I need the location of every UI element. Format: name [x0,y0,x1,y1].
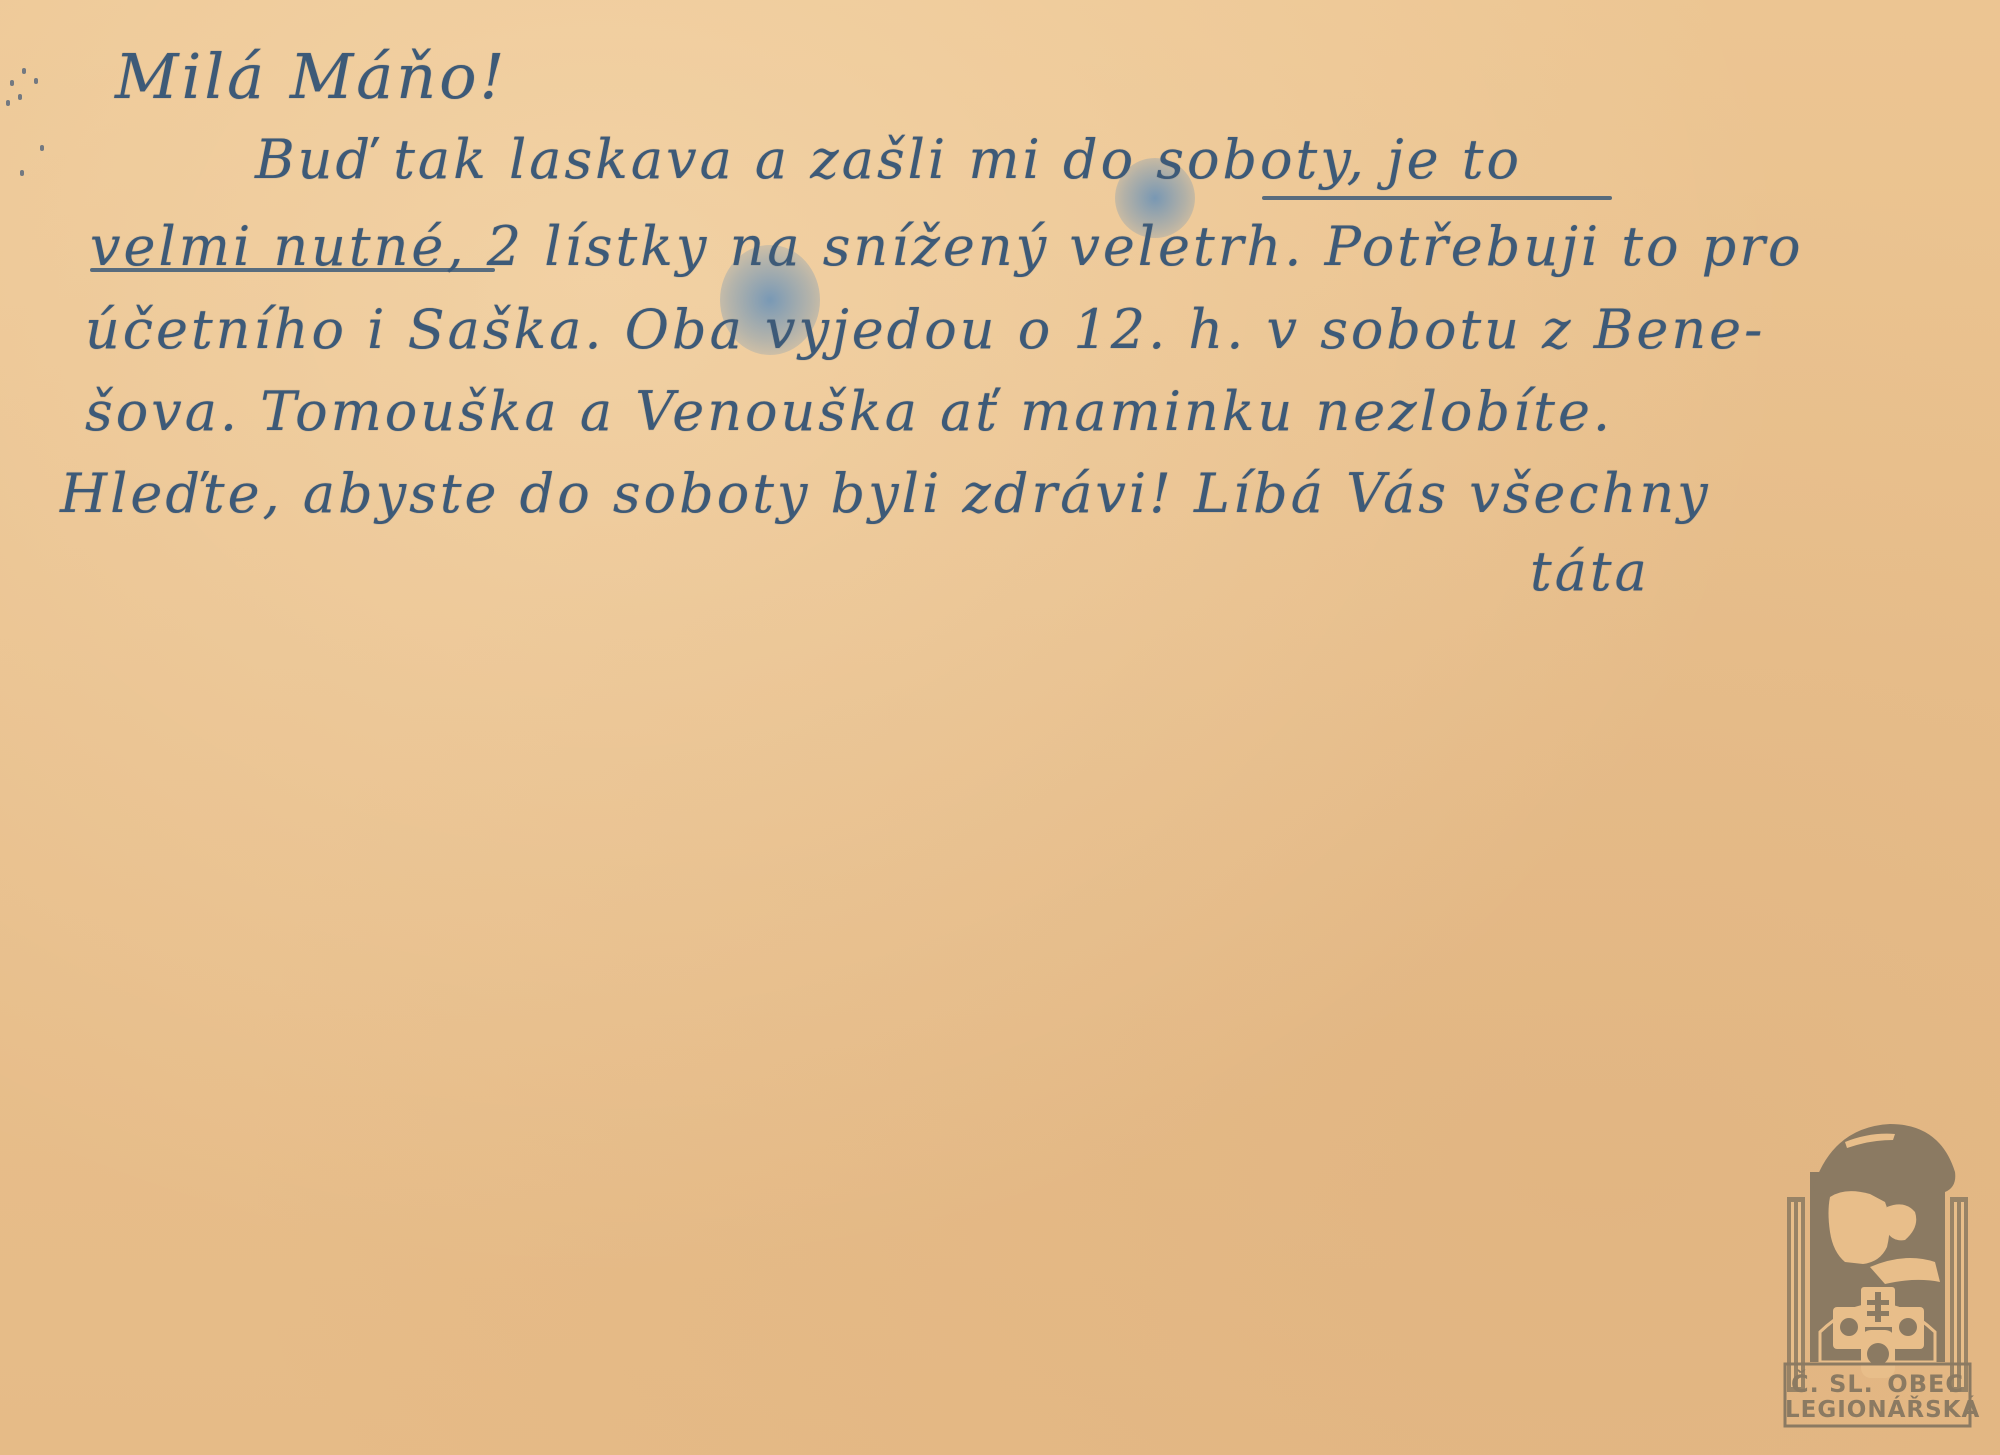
emblem-text-line2: LEGIONÁŘSKÁ [1785,1397,1970,1423]
handwritten-letter: Milá Máňo! Buď tak laskava a zašli mi do… [0,0,2000,700]
postcard: Milá Máňo! Buď tak laskava a zašli mi do… [0,0,2000,1455]
underline-do-soboty [1262,196,1612,200]
letter-line-1: Buď tak laskava a zašli mi do soboty, je… [255,128,1522,191]
emblem-text-line1: Č. SL. OBEC [1785,1370,1970,1398]
underline-velmi-nutne [90,268,495,272]
letter-line-4: šova. Tomouška a Venouška ať maminku nez… [85,380,1613,443]
letter-line-5: Hleďte, abyste do soboty byli zdrávi! Lí… [60,462,1711,525]
salutation: Milá Máňo! [115,40,507,113]
legion-emblem: Č. SL. OBEC LEGIONÁŘSKÁ [1775,1112,1980,1432]
letter-line-3: účetního i Saška. Oba vyjedou o 12. h. v… [85,298,1765,361]
signature: táta [1530,540,1650,603]
